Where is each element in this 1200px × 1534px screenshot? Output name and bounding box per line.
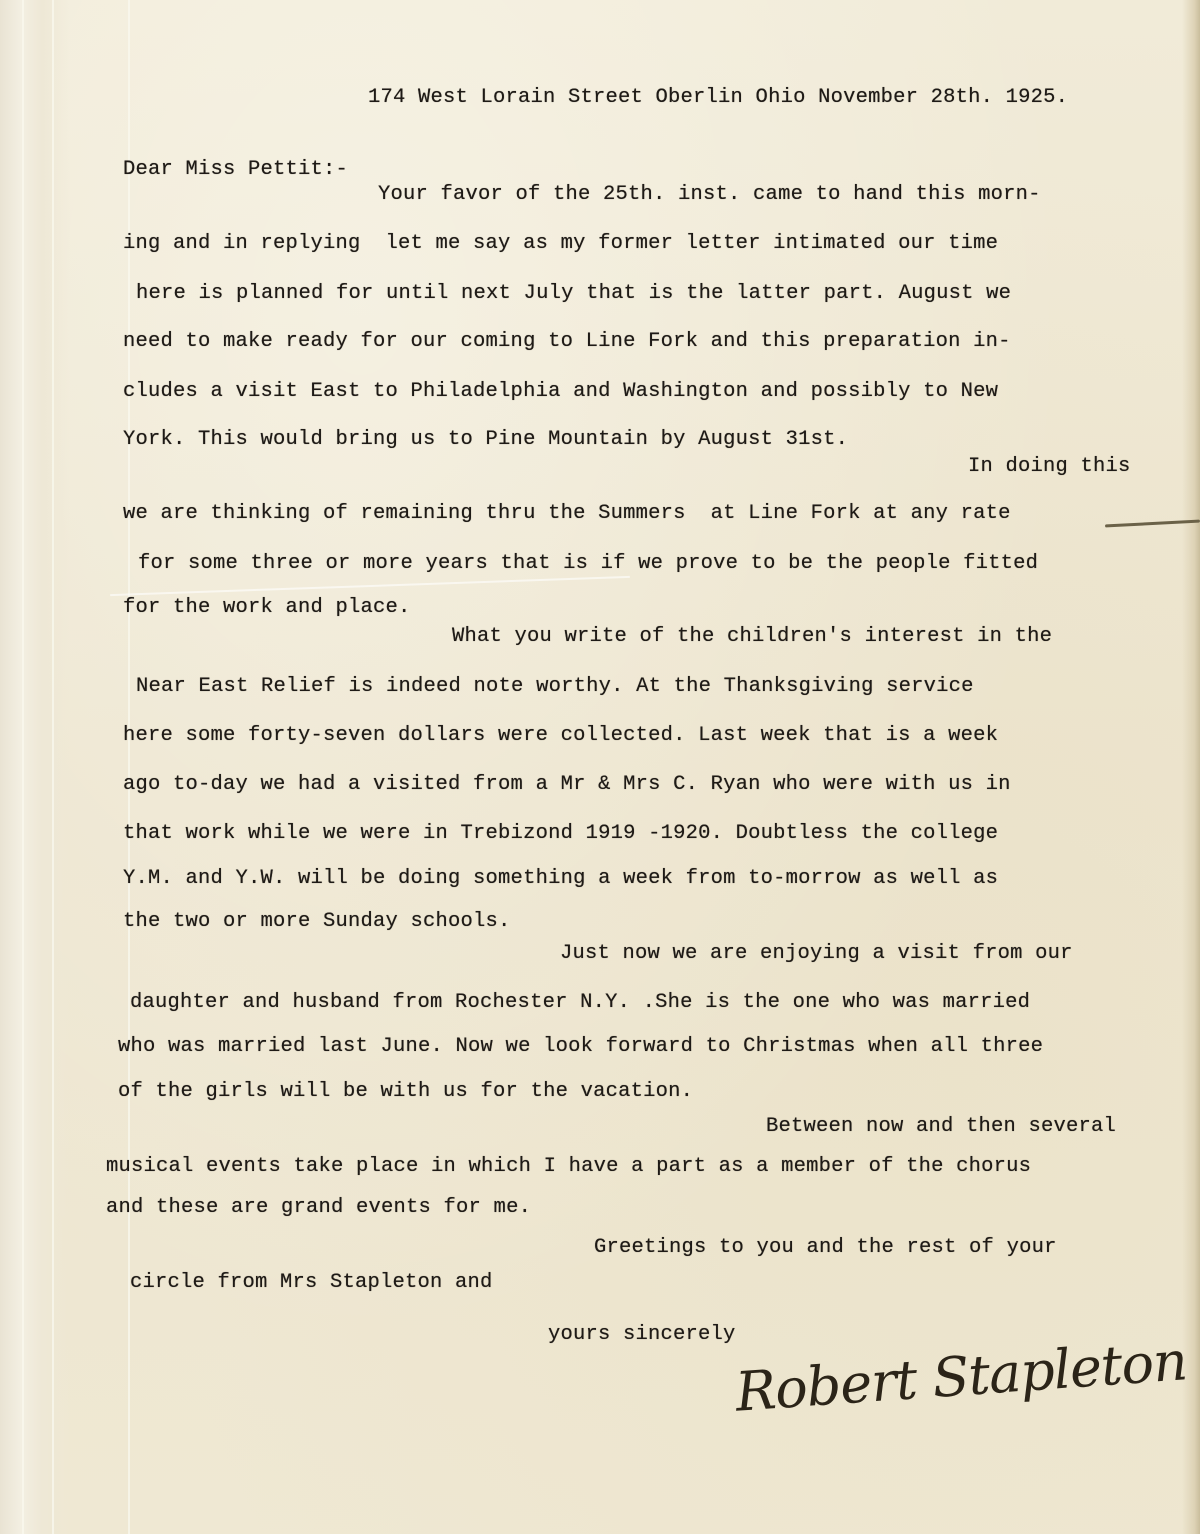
letter-body-line: York. This would bring us to Pine Mounta…	[123, 428, 848, 451]
letter-body-line: for the work and place.	[123, 596, 411, 619]
letter-closing: yours sincerely	[548, 1323, 736, 1346]
letter-body-line: circle from Mrs Stapleton and	[130, 1271, 493, 1294]
edge-line	[22, 0, 24, 1534]
letter-body-line: What you write of the children's interes…	[452, 625, 1052, 648]
letter-salutation: Dear Miss Pettit:-	[123, 158, 348, 181]
letter-body-line: here is planned for until next July that…	[136, 282, 1011, 305]
letter-body-line: ing and in replying let me say as my for…	[123, 232, 998, 255]
letter-body-line: need to make ready for our coming to Lin…	[123, 330, 1011, 353]
letter-body-line: Between now and then several	[766, 1115, 1116, 1138]
edge-line	[128, 0, 130, 1534]
paper-left-edge	[0, 0, 70, 1534]
letter-body-line: Y.M. and Y.W. will be doing something a …	[123, 867, 998, 890]
edge-line	[52, 0, 54, 1534]
letter-body-line: Just now we are enjoying a visit from ou…	[560, 942, 1073, 965]
letter-body-line: Greetings to you and the rest of your	[594, 1236, 1057, 1259]
letter-body-line: here some forty-seven dollars were colle…	[123, 724, 998, 747]
letter-body-line: the two or more Sunday schools.	[123, 910, 511, 933]
letter-body-line: musical events take place in which I hav…	[106, 1155, 1031, 1178]
paper-right-edge	[1182, 0, 1200, 1534]
letter-body-line: and these are grand events for me.	[106, 1196, 531, 1219]
letter-header-address-date: 174 West Lorain Street Oberlin Ohio Nove…	[368, 86, 1068, 109]
letter-body-line: daughter and husband from Rochester N.Y.…	[130, 991, 1030, 1014]
letter-body-line: that work while we were in Trebizond 191…	[123, 822, 998, 845]
letter-body-line: Near East Relief is indeed note worthy. …	[136, 675, 974, 698]
letter-body-line: In doing this	[968, 455, 1131, 478]
letter-body-line: of the girls will be with us for the vac…	[118, 1080, 693, 1103]
letter-body-line: we are thinking of remaining thru the Su…	[123, 502, 1011, 525]
letter-body-line: Your favor of the 25th. inst. came to ha…	[378, 183, 1041, 206]
letter-body-line: who was married last June. Now we look f…	[118, 1035, 1043, 1058]
letter-body-line: ago to-day we had a visited from a Mr & …	[123, 773, 1011, 796]
letter-paper	[0, 0, 1200, 1534]
letter-body-line: for some three or more years that is if …	[138, 552, 1038, 575]
letter-body-line: cludes a visit East to Philadelphia and …	[123, 380, 998, 403]
